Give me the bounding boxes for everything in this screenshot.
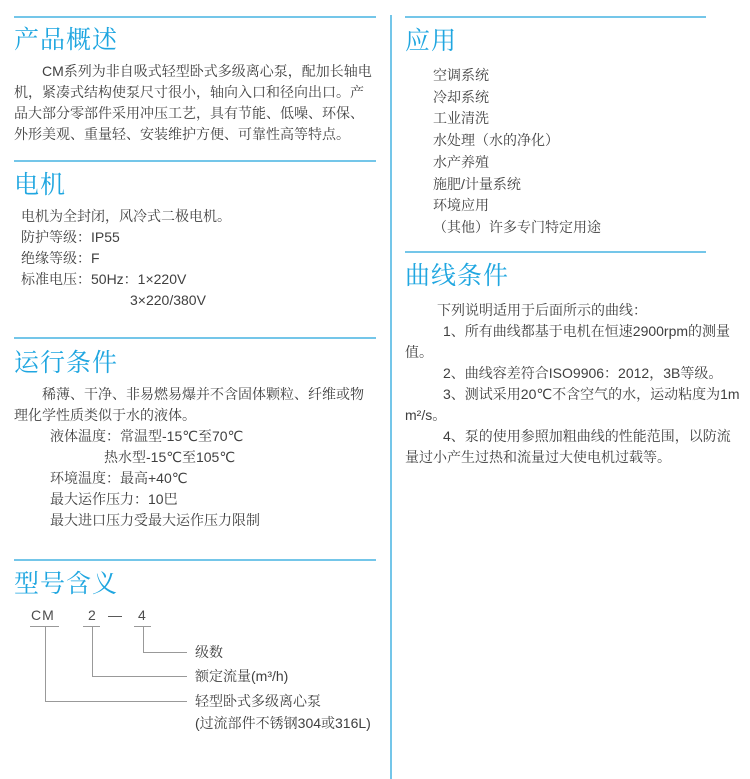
application-item: 环境应用 bbox=[405, 195, 740, 217]
section-operating-conditions: 运行条件 稀薄、干净、非易燃易爆并不含固体颗粒、纤维或物理化学性质类似于水的液体… bbox=[14, 337, 376, 531]
application-item: （其他）许多专门特定用途 bbox=[405, 217, 740, 239]
section-rule bbox=[405, 16, 706, 18]
motor-spec-line: 3×220/380V bbox=[14, 290, 376, 311]
curve-conditions-intro: 下列说明适用于后面所示的曲线： bbox=[405, 300, 740, 321]
motor-title: 电机 bbox=[14, 169, 376, 201]
model-code-dash: — bbox=[108, 607, 122, 623]
model-code-flow: 2 bbox=[88, 607, 96, 623]
motor-spec-line: 电机为全封闭，风冷式二极电机。 bbox=[14, 206, 376, 227]
operating-conditions-specs: 液体温度：常温型-15℃至70℃ 热水型-15℃至105℃ 环境温度：最高+40… bbox=[14, 426, 376, 531]
operating-spec-line: 最大运作压力：10巴 bbox=[14, 489, 376, 510]
model-code-diagram: CM 2 — 4 级数 额定流量(m³/h) 轻型卧式多级离心泵 (过流部件不锈… bbox=[14, 605, 376, 740]
left-column: 产品概述 CM系列为非自吸式轻型卧式多级离心泵，配加长轴电机，紧凑式结构使泵尺寸… bbox=[14, 0, 376, 740]
product-overview-title: 产品概述 bbox=[14, 24, 376, 56]
application-item: 工业清洗 bbox=[405, 108, 740, 130]
applications-list: 空调系统 冷却系统 工业清洗 水处理（水的净化） 水产养殖 施肥/计量系统 环境… bbox=[405, 65, 740, 239]
model-label-material: (过流部件不锈钢304或316L) bbox=[195, 715, 371, 731]
curve-condition-item: 3、测试采用20℃不含空气的水，运动粘度为1mm²/s。 bbox=[405, 384, 740, 426]
connector-line bbox=[45, 701, 187, 702]
section-motor: 电机 电机为全封闭，风冷式二极电机。 防护等级：IP55 绝缘等级：F 标准电压… bbox=[14, 160, 376, 311]
application-item: 施肥/计量系统 bbox=[405, 174, 740, 196]
application-item: 空调系统 bbox=[405, 65, 740, 87]
model-label-stages: 级数 bbox=[195, 644, 223, 660]
model-label-flow: 额定流量(m³/h) bbox=[195, 668, 288, 684]
curve-condition-item: 1、所有曲线都基于电机在恒速2900rpm的测量值。 bbox=[405, 321, 740, 363]
curve-condition-item: 2、曲线容差符合ISO9906：2012，3B等级。 bbox=[405, 363, 740, 384]
section-applications: 应用 空调系统 冷却系统 工业清洗 水处理（水的净化） 水产养殖 施肥/计量系统… bbox=[405, 16, 740, 239]
catalog-page: 产品概述 CM系列为非自吸式轻型卧式多级离心泵，配加长轴电机，紧凑式结构使泵尺寸… bbox=[0, 0, 750, 779]
connector-line bbox=[92, 676, 187, 677]
application-item: 冷却系统 bbox=[405, 87, 740, 109]
product-overview-text: CM系列为非自吸式轻型卧式多级离心泵，配加长轴电机，紧凑式结构使泵尺寸很小，轴向… bbox=[14, 61, 376, 145]
connector-line bbox=[143, 652, 187, 653]
operating-spec-line: 最大进口压力受最大运作压力限制 bbox=[14, 510, 376, 531]
model-code-stages: 4 bbox=[138, 607, 146, 623]
operating-spec-line: 环境温度：最高+40℃ bbox=[14, 468, 376, 489]
curve-condition-item: 4、泵的使用参照加粗曲线的性能范围，以防流量过小产生过热和流量过大使电机过载等。 bbox=[405, 426, 740, 468]
operating-spec-line: 热水型-15℃至105℃ bbox=[14, 447, 376, 468]
connector-line bbox=[92, 626, 93, 676]
column-divider bbox=[390, 15, 392, 779]
model-label-pumptype: 轻型卧式多级离心泵 bbox=[195, 693, 321, 709]
motor-spec-line: 标准电压：50Hz：1×220V bbox=[14, 269, 376, 290]
motor-specs: 电机为全封闭，风冷式二极电机。 防护等级：IP55 绝缘等级：F 标准电压：50… bbox=[14, 206, 376, 311]
section-rule bbox=[14, 337, 376, 339]
section-curve-conditions: 曲线条件 下列说明适用于后面所示的曲线： 1、所有曲线都基于电机在恒速2900r… bbox=[405, 251, 740, 468]
applications-title: 应用 bbox=[405, 25, 740, 57]
connector-line bbox=[143, 626, 144, 652]
curve-conditions-title: 曲线条件 bbox=[405, 260, 740, 292]
application-item: 水产养殖 bbox=[405, 152, 740, 174]
motor-spec-line: 防护等级：IP55 bbox=[14, 227, 376, 248]
motor-spec-line: 绝缘等级：F bbox=[14, 248, 376, 269]
right-column: 应用 空调系统 冷却系统 工业清洗 水处理（水的净化） 水产养殖 施肥/计量系统… bbox=[405, 0, 740, 468]
model-meaning-title: 型号含义 bbox=[14, 568, 376, 600]
section-rule bbox=[14, 160, 376, 162]
section-rule bbox=[14, 16, 376, 18]
application-item: 水处理（水的净化） bbox=[405, 130, 740, 152]
operating-conditions-title: 运行条件 bbox=[14, 347, 376, 379]
section-model-meaning: 型号含义 CM 2 — 4 级数 额定流量(m³/h) 轻型卧式多级离心泵 (过… bbox=[14, 559, 376, 740]
section-rule bbox=[14, 559, 376, 561]
connector-line bbox=[45, 626, 46, 701]
operating-conditions-intro: 稀薄、干净、非易燃易爆并不含固体颗粒、纤维或物理化学性质类似于水的液体。 bbox=[14, 384, 376, 426]
section-rule bbox=[405, 251, 706, 253]
operating-spec-line: 液体温度：常温型-15℃至70℃ bbox=[14, 426, 376, 447]
section-product-overview: 产品概述 CM系列为非自吸式轻型卧式多级离心泵，配加长轴电机，紧凑式结构使泵尺寸… bbox=[14, 16, 376, 145]
curve-conditions-text: 下列说明适用于后面所示的曲线： 1、所有曲线都基于电机在恒速2900rpm的测量… bbox=[405, 300, 740, 468]
model-code-series: CM bbox=[31, 607, 55, 623]
